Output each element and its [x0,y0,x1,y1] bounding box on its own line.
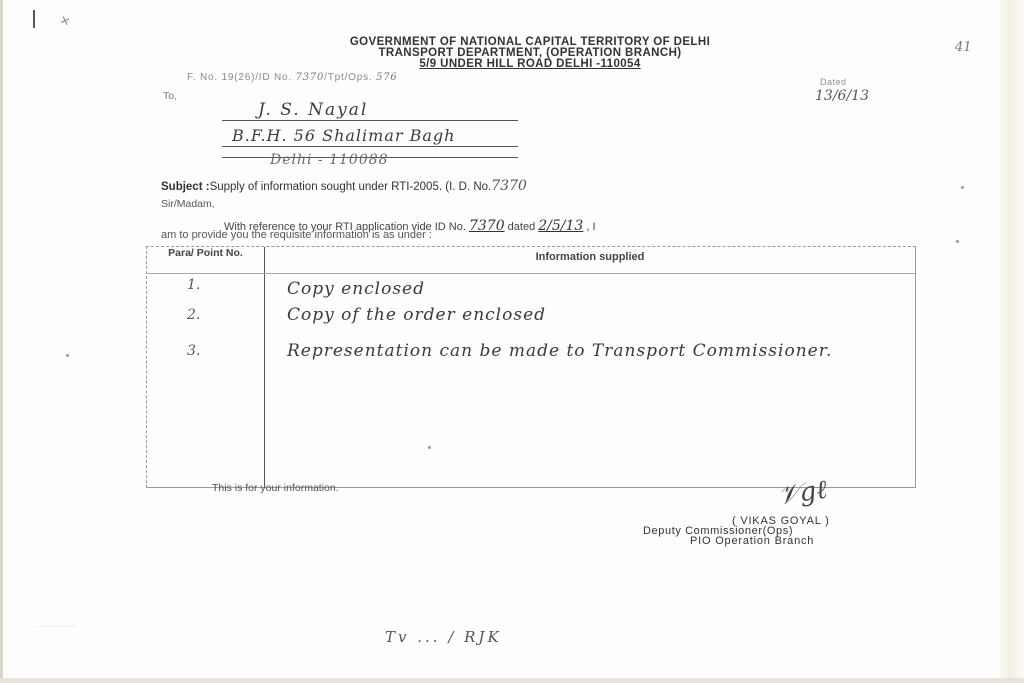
scan-speck [956,240,959,243]
table-row-2-info: Copy of the order enclosed [287,303,887,327]
subject-line: Subject :Supply of information sought un… [161,178,527,194]
information-table: Para/ Point No. Information supplied 1. … [146,246,916,488]
scan-edge-left [0,0,3,683]
column-divider [264,247,265,487]
body-application-date: 2/5/13 [538,218,583,234]
closing-line: This is for your information. [212,482,339,494]
header-divider [147,273,915,274]
dated-value: 13/6/13 [815,88,869,104]
scribble-mark: ✕ [58,13,72,30]
table-row-3-no: 3. [187,343,200,359]
scanned-letter: ✕ 41 GOVERNMENT OF NATIONAL CAPITAL TERR… [0,0,1024,683]
signatory-branch: PIO Operation Branch [690,535,814,547]
subject-text: Supply of information sought under RTI-2… [210,181,492,193]
address-rule-1 [222,120,518,121]
scan-speck [428,446,431,449]
file-number: F. No. 19(26)/ID No. 7370/Tpt/Ops. 576 [187,72,398,83]
signature-scribble: 𝒱𝑔ℓ [776,475,829,513]
file-number-id: 7370 [296,72,325,83]
table-row-1-no: 1. [187,277,200,293]
file-number-prefix: F. No. 19(26)/ID No. [187,72,292,83]
address-rule-2 [222,146,518,147]
addressee-address: B.F.H. 56 Shalimar Bagh [232,126,455,145]
addressee-name: J. S. Nayal [258,100,368,120]
body-text-2: , I [586,221,595,233]
scan-edge-bottom [0,678,1024,683]
subject-label: Subject : [161,181,210,193]
scan-speck [66,354,69,357]
addressee-city: Delhi - 110088 [270,152,389,168]
letterhead-address: 5/9 UNDER HILL ROAD DELHI -110054 [230,58,830,70]
table-row-3-info: Representation can be made to Transport … [287,339,847,363]
bottom-handwritten-note: Tv ... / RJK [385,628,502,646]
file-number-suffix: /Tpt/Ops. [324,72,372,83]
scanner-imprint: ....................................... [33,623,76,628]
scan-edge-right [1000,0,1024,683]
dated-label: Dated [820,77,847,87]
body-application-id: 7370 [469,218,505,234]
scan-speck [961,186,964,189]
scan-mark [33,10,35,28]
dispatch-number: 576 [376,72,398,83]
column-header-information: Information supplied [265,251,915,263]
to-label: To, [163,90,177,102]
subject-id: 7370 [491,178,527,194]
table-row-1-info: Copy enclosed [287,277,887,301]
table-row-2-no: 2. [187,307,200,323]
column-header-point-no: Para/ Point No. [147,247,264,259]
page-number-mark: 41 [955,40,972,55]
body-dated-word: dated [508,221,536,233]
body-line-2: am to provide you the requisite informat… [161,229,432,241]
salutation: Sir/Madam, [161,198,215,210]
